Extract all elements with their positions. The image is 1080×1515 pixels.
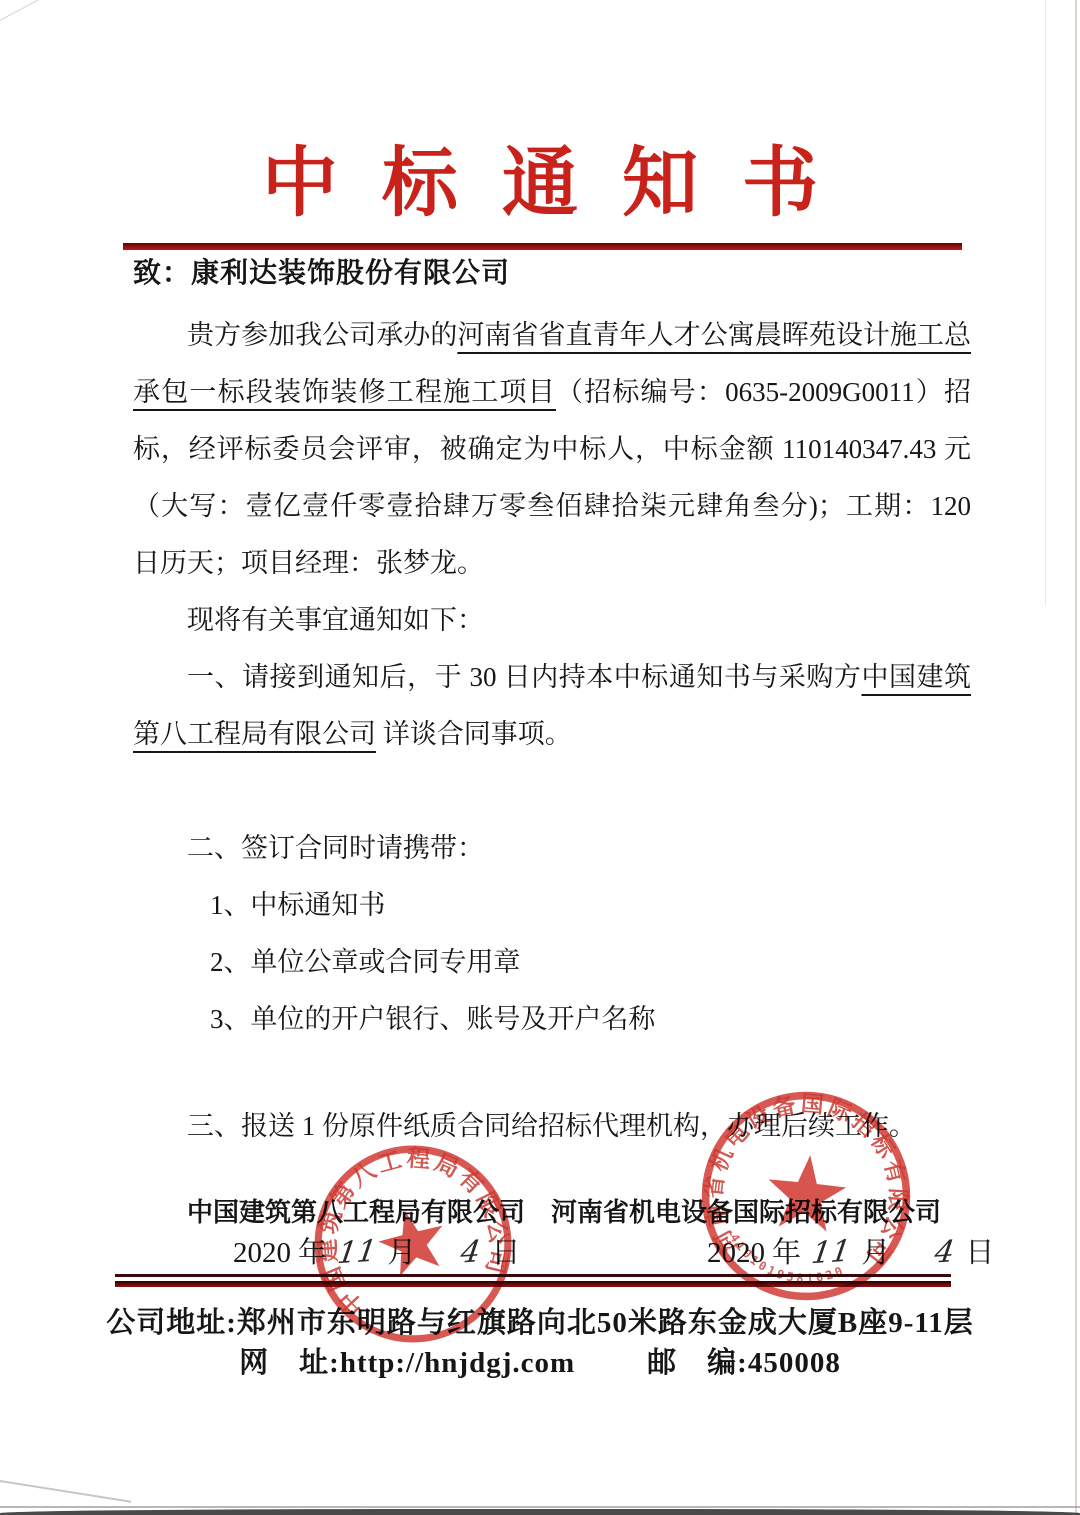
scan-crease xyxy=(0,1477,131,1502)
document-body: 贵方参加我公司承办的河南省省直青年人才公寓晨晖苑设计施工总承包一标段装饰装修工程… xyxy=(133,307,971,1155)
company-seal-right: 河南省机电设备国际招标有限公司 4101019581020 xyxy=(687,1077,924,1314)
paragraph-notice-intro: 现将有关事宜通知如下： xyxy=(133,592,971,649)
recipient-line: 致：康利达装饰股份有限公司 xyxy=(133,251,510,291)
footer-address: 公司地址:郑州市东明路与红旗路向北50米路东金成大厦B座9-11层 xyxy=(0,1300,1080,1341)
footer-postal-code: 邮 编:450008 xyxy=(647,1340,841,1381)
item2-sub3: 3、单位的开户银行、账号及开户名称 xyxy=(133,991,971,1048)
paragraph-item2-head: 二、签订合同时请携带： xyxy=(133,820,971,877)
svg-text:4101019581020: 4101019581020 xyxy=(723,1230,851,1290)
scan-edge-line xyxy=(1045,0,1046,606)
scan-crease xyxy=(0,0,62,26)
item2-sub2: 2、单位公章或合同专用章 xyxy=(133,934,971,991)
date-day-handwritten: 4 xyxy=(933,1234,957,1270)
award-notice-document: 中标通知书 致：康利达装饰股份有限公司 贵方参加我公司承办的河南省省直青年人才公… xyxy=(0,0,1080,1515)
item2-sub1: 1、中标通知书 xyxy=(133,877,971,934)
paragraph-item1: 一、请接到通知后，于 30 日内持本中标通知书与采购方中国建筑第八工程局有限公司… xyxy=(133,649,971,763)
item1-tail: 详谈合同事项。 xyxy=(376,719,572,749)
seal-code-text: 4101019581020 xyxy=(723,1230,851,1290)
star-icon xyxy=(373,1202,452,1279)
item1-lead: 一、请接到通知后，于 30 日内持本中标通知书与采购方 xyxy=(187,662,861,692)
paragraph-award: 贵方参加我公司承办的河南省省直青年人才公寓晨晖苑设计施工总承包一标段装饰装修工程… xyxy=(133,307,971,592)
title-divider-rule xyxy=(123,243,962,250)
date-day-unit: 日 xyxy=(965,1237,994,1269)
seal-graphic: 河南省机电设备国际招标有限公司 4101019581020 xyxy=(687,1077,924,1314)
paragraph-award-tail: （招标编号：0635-2009G0011）招标，经评标委员会评审，被确定为中标人… xyxy=(133,377,971,578)
paragraph-award-lead: 贵方参加我公司承办的 xyxy=(187,320,457,350)
scan-bottom-edge xyxy=(0,1509,1080,1515)
document-title: 中标通知书 xyxy=(0,122,1080,231)
scan-bottom-line xyxy=(0,1506,1080,1508)
footer-contact-line: 网 址:http://hnjdgj.com 邮 编:450008 xyxy=(0,1340,1080,1381)
star-icon xyxy=(764,1151,849,1233)
date-year: 2020 xyxy=(233,1237,291,1269)
